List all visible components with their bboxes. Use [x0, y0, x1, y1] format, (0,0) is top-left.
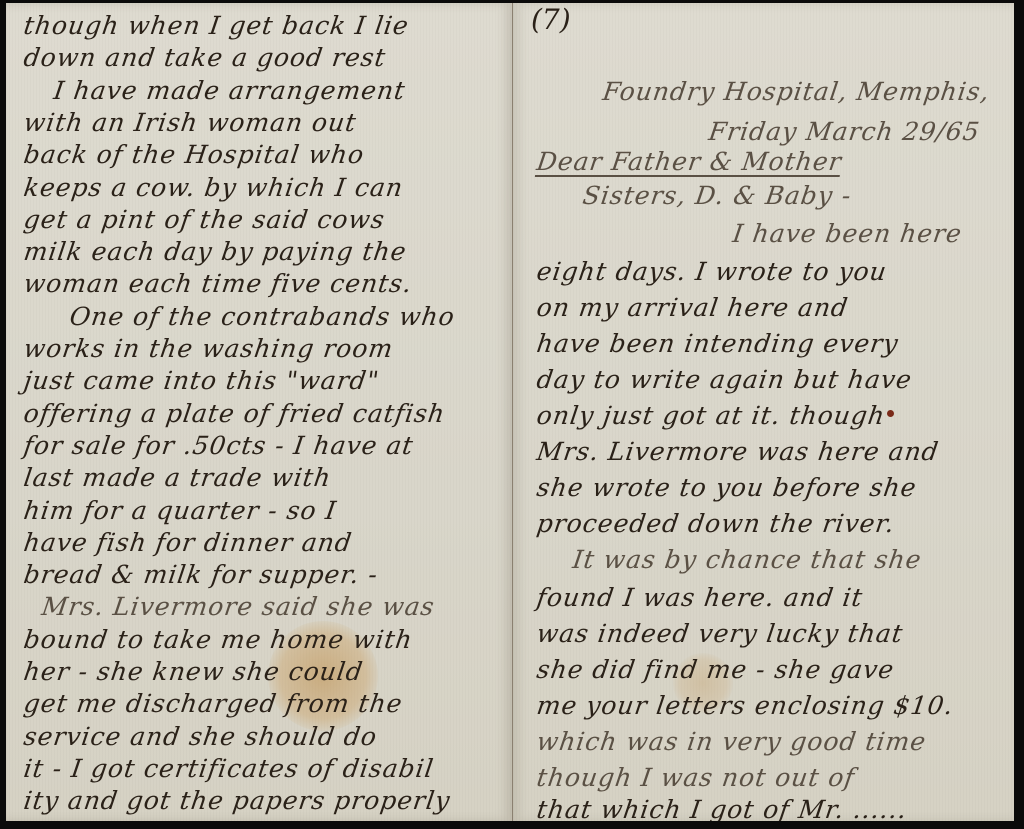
handwritten-line: Mrs. Livermore said she was [40, 592, 437, 621]
handwritten-line: only just got at it. though [535, 401, 887, 430]
handwritten-line: down and take a good rest [22, 43, 388, 72]
handwritten-line: on my arrival here and [535, 293, 850, 322]
heading-date: Friday March 29/65 [707, 117, 982, 146]
handwritten-line: was indeed very lucky that [535, 619, 905, 648]
handwritten-line: get a pint of the said cows [22, 205, 387, 234]
handwritten-line: One of the contrabands who [68, 302, 457, 331]
handwritten-line: with an Irish woman out [22, 108, 359, 137]
handwritten-line: her - she knew she could [22, 657, 365, 686]
handwritten-line: just came into this "ward" [22, 366, 381, 395]
handwritten-line: him for a quarter - so I [22, 496, 339, 525]
ink-spot [887, 410, 894, 417]
handwritten-line: last made a trade with [22, 463, 333, 492]
handwritten-line: works in the washing room [22, 334, 395, 363]
salutation-2: Sisters, D. & Baby - [581, 181, 854, 210]
handwritten-line: proceeded down the river. [535, 509, 897, 538]
handwritten-line: for sale for .50cts - I have at [22, 431, 416, 460]
right-page: (7) Foundry Hospital, Memphis, Friday Ma… [513, 3, 1014, 821]
handwritten-line: have been intending every [535, 329, 900, 358]
handwritten-line: have fish for dinner and [22, 528, 354, 557]
left-page: though when I get back I lie down and ta… [6, 3, 513, 821]
handwritten-line: woman each time five cents. [22, 269, 414, 298]
salutation: Dear Father & Mother [535, 147, 844, 176]
handwritten-line: Mrs. Livermore was here and [535, 437, 941, 466]
handwritten-line: day to write again but have [535, 365, 914, 394]
handwritten-line: It was by chance that she [571, 545, 924, 574]
heading-place: Foundry Hospital, Memphis, [601, 77, 992, 106]
handwritten-line: offering a plate of fried catfish [22, 399, 447, 428]
handwritten-line: back of the Hospital who [22, 140, 366, 169]
handwritten-line: bread & milk for supper. - [22, 560, 380, 589]
handwritten-line: she wrote to you before she [535, 473, 919, 502]
handwritten-line: though when I get back I lie [22, 11, 411, 40]
handwritten-line: I have made arrangement [52, 76, 407, 105]
handwritten-line: bound to take me home with [22, 625, 415, 654]
handwritten-line: milk each day by paying the [22, 237, 409, 266]
handwritten-line: though I was not out of [535, 763, 857, 792]
handwritten-line: it - I got certificates of disabil [22, 754, 436, 783]
handwritten-line: keeps a cow. by which I can [22, 173, 405, 202]
letter-spread: though when I get back I lie down and ta… [6, 3, 1014, 821]
handwritten-line: service and she should do [22, 722, 379, 751]
handwritten-line: eight days. I wrote to you [535, 257, 889, 286]
handwritten-line: found I was here. and it [535, 583, 865, 612]
page-number: (7) [531, 3, 571, 36]
handwritten-line: get me discharged from the [22, 689, 405, 718]
handwritten-line: me your letters enclosing $10. [535, 691, 956, 720]
handwritten-line: which was in very good time [535, 727, 928, 756]
handwritten-line: I have been here [731, 219, 964, 248]
handwritten-line: she did find me - she gave [535, 655, 896, 684]
handwritten-line: ity and got the papers properly [22, 786, 452, 815]
handwritten-line: that which I got of Mr. ...... [535, 795, 909, 821]
